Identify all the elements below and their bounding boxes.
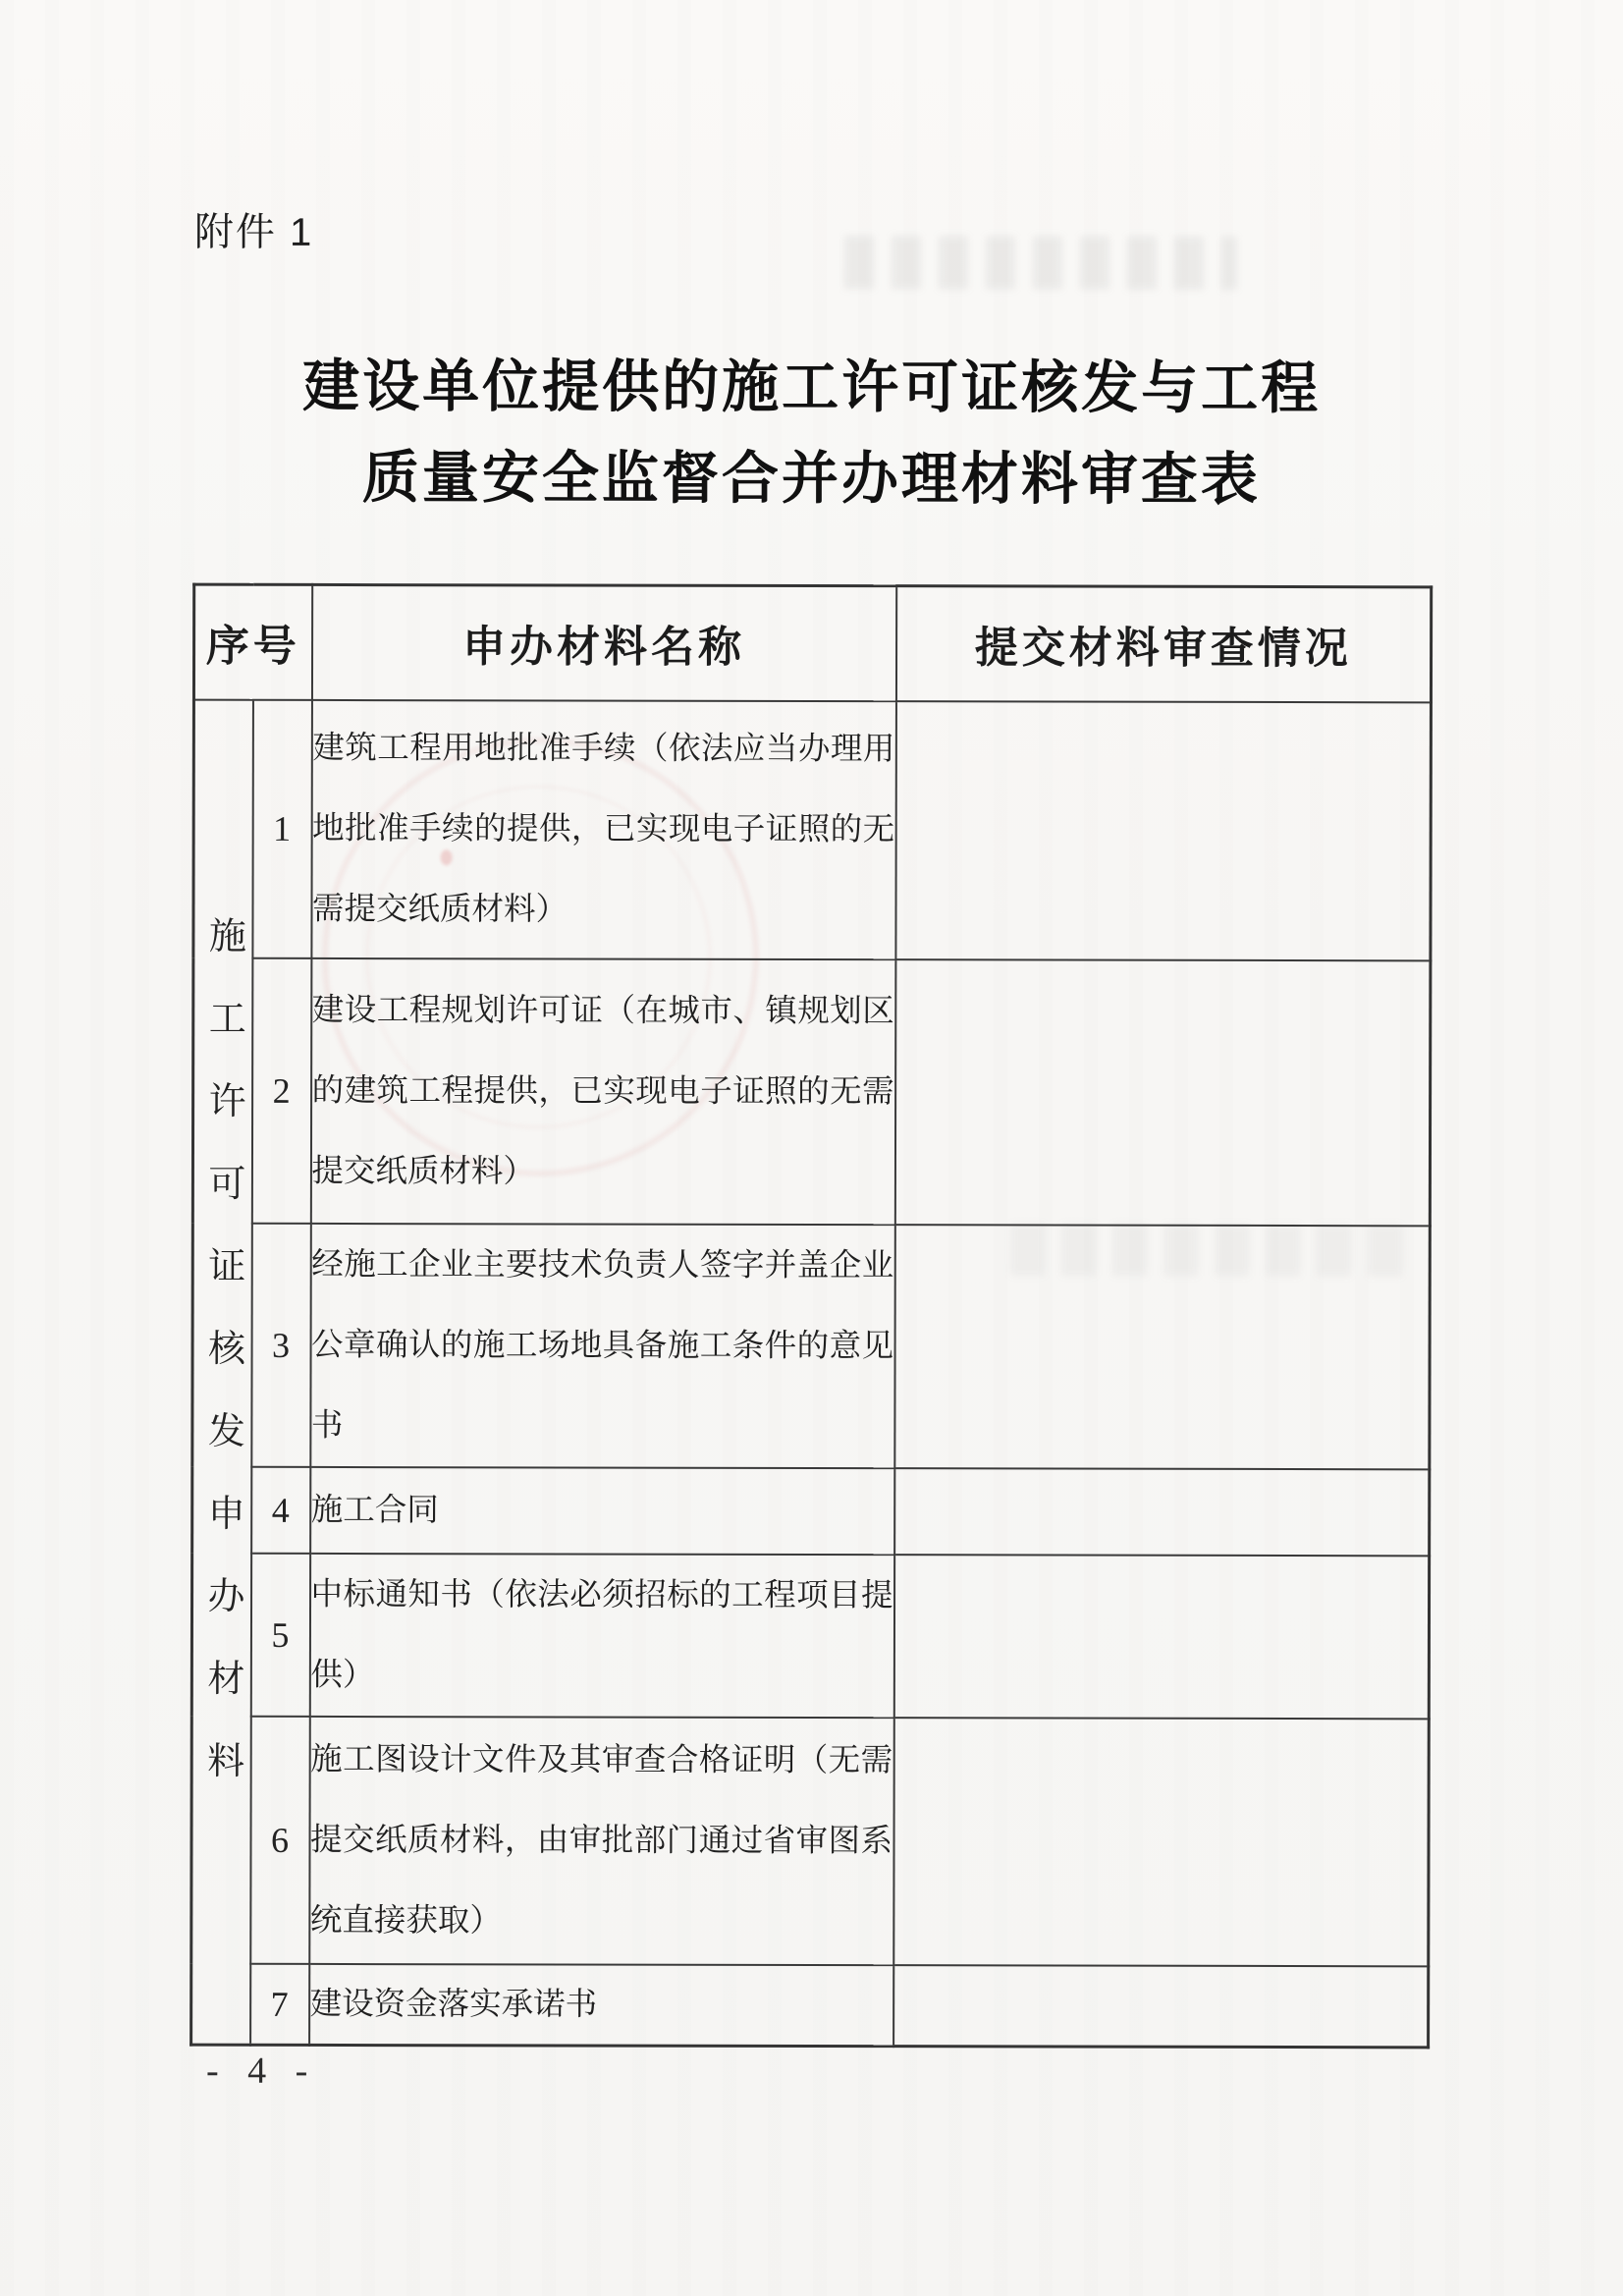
row-index: 1 — [252, 699, 312, 957]
group-label-vertical-text: 施工许可证核发申办材料 — [193, 915, 252, 1823]
material-name-cell: 施工图设计文件及其审查合格证明（无需提交纸质材料，由审批部门通过省审图系统直接获… — [309, 1716, 894, 1964]
table-row: 5 中标通知书（依法必须招标的工程项目提供） — [191, 1553, 1429, 1719]
table-row: 6 施工图设计文件及其审查合格证明（无需提交纸质材料，由审批部门通过省审图系统直… — [191, 1716, 1430, 1966]
document-title-line2: 质量安全监督合并办理材料审查表 — [192, 432, 1430, 526]
review-status-cell — [894, 1468, 1430, 1556]
table-header-row: 序号 申办材料名称 提交材料审查情况 — [193, 584, 1431, 702]
review-status-cell — [893, 1555, 1429, 1719]
review-status-cell — [894, 959, 1431, 1226]
table-row: 7 建设资金落实承诺书 — [191, 1963, 1429, 2048]
review-status-cell — [894, 1225, 1431, 1469]
row-index: 5 — [250, 1553, 309, 1716]
row-index: 4 — [251, 1466, 310, 1553]
material-name-cell: 建设资金落实承诺书 — [309, 1963, 893, 2046]
material-name-cell: 经施工企业主要技术负责人签字并盖企业公章确认的施工场地具备施工条件的意见书 — [310, 1223, 895, 1467]
table-row: 3 经施工企业主要技术负责人签字并盖企业公章确认的施工场地具备施工条件的意见书 — [192, 1223, 1431, 1469]
material-name-cell: 建筑工程用地批准手续（依法应当办理用地批准手续的提供，已实现电子证照的无需提交纸… — [311, 699, 896, 958]
table-row: 4 施工合同 — [192, 1466, 1430, 1556]
header-material-name: 申办材料名称 — [311, 584, 895, 700]
header-review-status: 提交材料审查情况 — [895, 586, 1431, 702]
materials-review-table: 序号 申办材料名称 提交材料审查情况 施工许可证核发申办材料 1 建筑工程用地批… — [189, 583, 1433, 2050]
page-number: - 4 - — [206, 2050, 317, 2093]
group-label-cell: 施工许可证核发申办材料 — [191, 699, 253, 2045]
bleedthrough-artifact — [844, 236, 1237, 290]
header-index: 序号 — [193, 584, 311, 699]
row-index: 7 — [250, 1963, 309, 2045]
review-status-cell — [893, 1718, 1430, 1966]
table-row: 施工许可证核发申办材料 1 建筑工程用地批准手续（依法应当办理用地批准手续的提供… — [193, 699, 1432, 960]
row-index: 6 — [250, 1716, 310, 1963]
document-title-line1: 建设单位提供的施工许可证核发与工程 — [193, 341, 1431, 435]
scanned-document-sheet: 附件 1 建设单位提供的施工许可证核发与工程 质量安全监督合并办理材料审查表 序… — [0, 0, 1623, 2296]
table-row: 2 建设工程规划许可证（在城市、镇规划区的建筑工程提供，已实现电子证照的无需提交… — [192, 957, 1431, 1226]
review-status-cell — [893, 1965, 1429, 2048]
review-status-cell — [895, 701, 1432, 960]
document-title: 建设单位提供的施工许可证核发与工程 质量安全监督合并办理材料审查表 — [192, 341, 1430, 526]
row-index: 2 — [251, 957, 311, 1223]
material-name-cell: 中标通知书（依法必须招标的工程项目提供） — [309, 1553, 893, 1717]
row-index: 3 — [251, 1223, 311, 1466]
material-name-cell: 建设工程规划许可证（在城市、镇规划区的建筑工程提供，已实现电子证照的无需提交纸质… — [310, 957, 895, 1224]
material-name-cell: 施工合同 — [310, 1466, 894, 1554]
attachment-label: 附件 1 — [194, 201, 313, 257]
